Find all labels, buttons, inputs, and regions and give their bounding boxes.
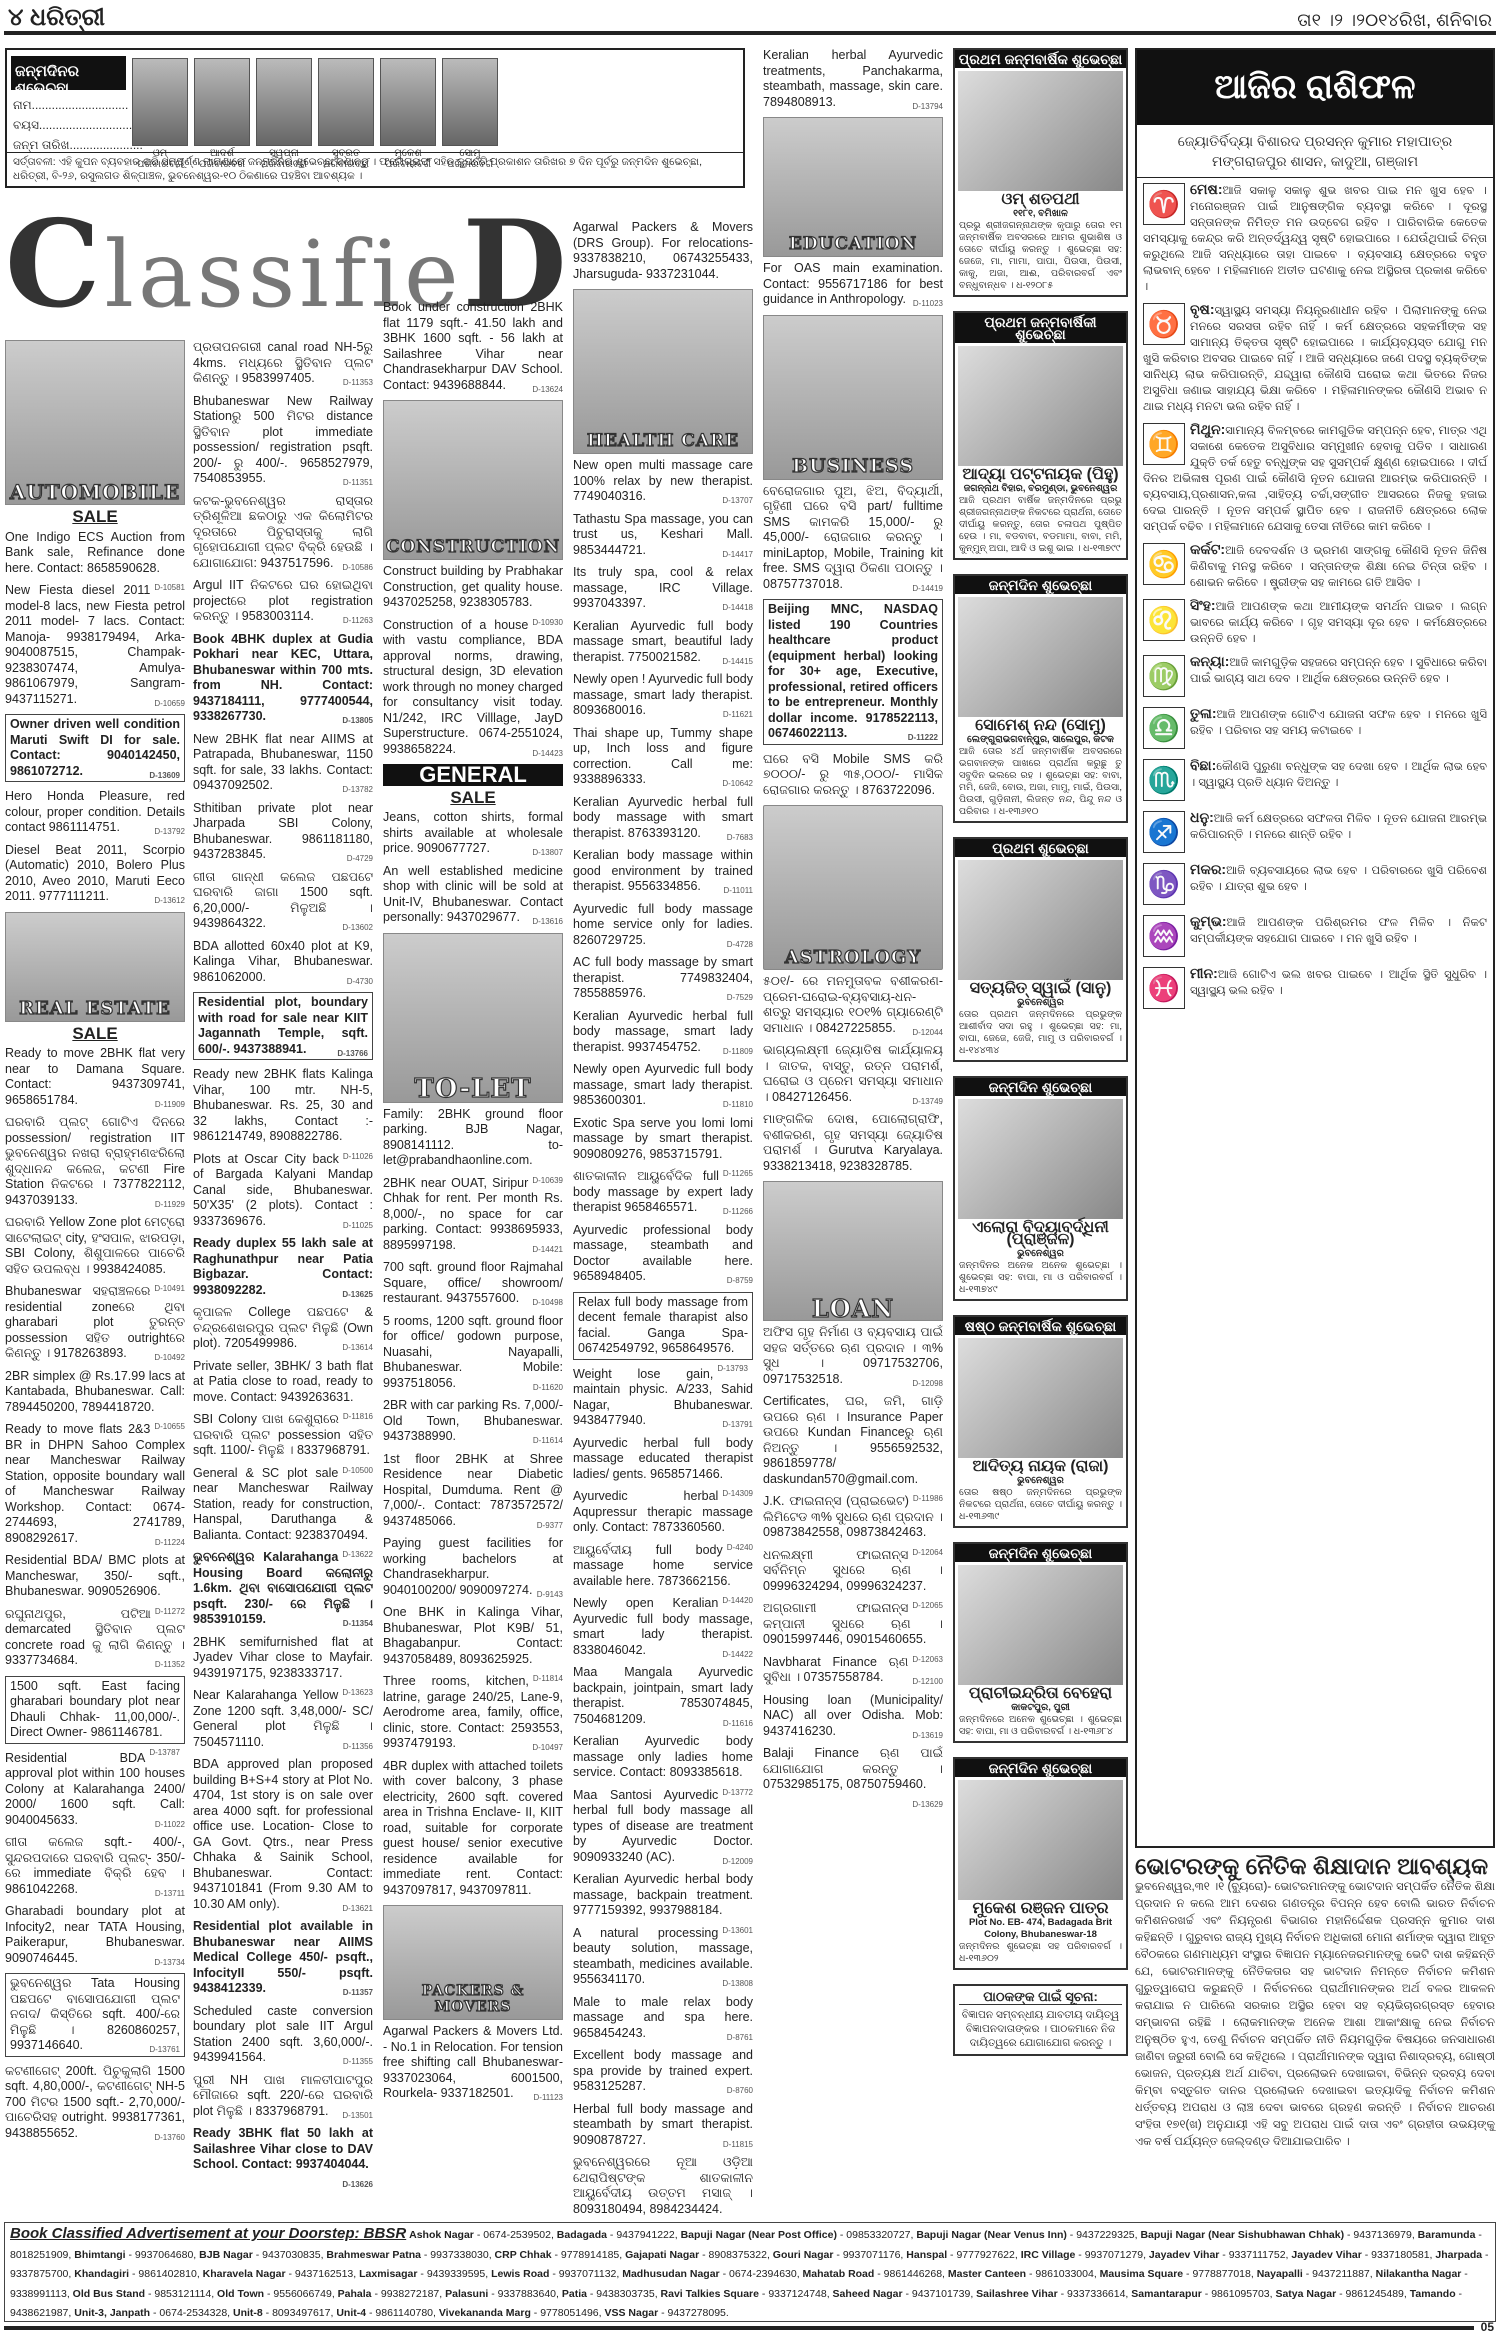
ad-text: ମାଙ୍ଗଳିକ ଦୋଷ, ପୋଲୋଗ୍ରାଫି, ବଶୀକରଣ, ଗୃହ ସମ… — [763, 1112, 943, 1173]
footer-contact: Laxmisagar - 9439339595, — [356, 2268, 488, 2280]
classified-ad: Scheduled caste conversion boundary plot… — [193, 2004, 373, 2066]
ad-text: Ready to move flats 2&3 BR in DHPN Sahoo… — [5, 1422, 185, 1545]
classified-ad: New open multi massage care 100% relax b… — [573, 458, 753, 505]
classified-ad: 1st floor 2BHK at Shree Residence near D… — [383, 1452, 563, 1530]
classified-ad: ୫୦୧/- ରେ ମନମୁତାବକ ବଶୀକରଣ-ପ୍ରେମ-ଘରୋଇ-ବ୍ୟବ… — [763, 974, 943, 1036]
classified-ad: Ready 3BHK flat 50 lakh at Sailashree Vi… — [193, 2126, 373, 2173]
footer-contact: Lewis Road - 9937071132, — [488, 2268, 619, 2280]
classified-ad: Keralian herbal Ayurvedic treatments, Pa… — [763, 48, 943, 110]
ad-code: D-10498 — [532, 1295, 563, 1311]
ad-code: D-14415 — [722, 654, 753, 670]
classified-ad: Keralian Ayurvedic full body massage sma… — [573, 619, 753, 666]
ad-code: D-13805 — [342, 713, 373, 729]
birthday-wish-ad: ଜନ୍ମଦିନ ଶୁଭେଚ୍ଛାସୋମେଶ୍ ନନ୍ଦ (ସୋମୁ)ଲେଙ୍ଗୁ… — [953, 574, 1128, 823]
ad-code: D-12064 — [912, 1545, 943, 1561]
ad-text: Family: 2BHK ground floor parking. BJB N… — [383, 1107, 563, 1168]
classified-ad: କୃପାଜଳ College ପଛପଟେ & ଚନ୍ଦ୍ରଶେଖରପୁର ପ୍ଲ… — [193, 1305, 373, 1352]
ad-text: Construction of a house with vastu compl… — [383, 618, 563, 756]
classified-ad: ଘରେ ବସି Mobile SMS କରି ୭୦୦୦/- ରୁ ୩୫,୦୦୦/… — [763, 752, 943, 799]
ad-code: D-11355 — [343, 2054, 373, 2070]
classified-ad: Residential plot, boundary with road for… — [193, 992, 373, 1060]
zodiac-icon: ♍ — [1143, 655, 1185, 697]
classified-ad: Ayurvedic full body massage home service… — [573, 902, 753, 949]
ad-code: D-14422 — [722, 1647, 753, 1663]
footer-contact: Gajapati Nagar - 8908375322, — [622, 2249, 770, 2261]
classified-ad: Keralian body massage within good enviro… — [573, 848, 753, 895]
ad-code: D-12009 — [722, 1854, 753, 1870]
classified-ad: Its truly spa, cool & relax massage, IRC… — [573, 565, 753, 612]
zodiac-icon: ♑ — [1143, 863, 1185, 905]
wish-name: ଆଦ୍ୟା ପଟ୍ଟନାୟକ (ପିହୁ) — [955, 469, 1126, 481]
ad-text: 4BR duplex with attached toilets with co… — [383, 1759, 563, 1897]
classified-ad: Paying guest facilities for working bach… — [383, 1536, 563, 1598]
ad-code: D-11986 — [913, 1491, 943, 1507]
classified-ad: New Fiesta diesel 2011 model-8 lacs, new… — [5, 583, 185, 707]
footer-contact: CRP Chhak - 9778914185, — [492, 2249, 623, 2261]
wish-heading: ପ୍ରଥମ ଜନ୍ମବାର୍ଷିକ ଶୁଭେଚ୍ଛା — [955, 50, 1126, 68]
ad-code: D-10500 — [342, 1463, 373, 1479]
coupon-age-field[interactable]: ବୟସ............................ — [13, 118, 132, 133]
sale-heading: SALE — [383, 790, 563, 806]
zodiac-name: ସିଂହ: — [1190, 597, 1216, 613]
wish-name: ଓମ୍ ଶତପଥୀ — [955, 194, 1126, 206]
footer-contact: Gouri Nagar - 9937071176, — [770, 2249, 903, 2261]
ad-code: D-11620 — [533, 1380, 563, 1396]
wish-message: ଜନ୍ମଦିନରେ ଅନେକ ଶୁଭେଚ୍ଛା । ଶୁଭେଚ୍ଛା ସହ: ବ… — [955, 1714, 1126, 1738]
ad-code: D-13614 — [342, 1340, 373, 1356]
birthday-coupon: ଜନ୍ମଦିନର ଶୁଭେଚ୍ଛା ନାମ...................… — [5, 48, 745, 188]
ad-code: D-13734 — [154, 1955, 185, 1971]
zodiac-text: ଆଜି କାମଗୁଡ଼ିକ ସହଜରେ ସମ୍ପନ୍ନ ହେବ । ସୁବିଧା… — [1190, 657, 1487, 685]
wish-address: ଜଗନ୍ନାଥ ବିହାର, ବରମୁଣ୍ଡା, ଭୁବନେଶ୍ୱର — [955, 483, 1126, 495]
ad-code: D-13629 — [912, 1797, 943, 1813]
coupon-title: ଜନ୍ମଦିନର ଶୁଭେଚ୍ଛା — [11, 56, 126, 90]
ad-text: 1500 sqft. East facing gharabari boundar… — [10, 1679, 180, 1740]
classified-ad: Exotic Spa serve you lomi lomi massage b… — [573, 1116, 753, 1163]
child-photo — [318, 58, 374, 146]
footer-contact: Jayadev Vihar - 9337180581, — [1288, 2249, 1432, 2261]
classified-ad: Construction of a house with vastu compl… — [383, 618, 563, 758]
classified-ad: Herbal full body massage and steambath b… — [573, 2102, 753, 2149]
ad-code: D-14417 — [722, 547, 753, 563]
wish-message: ଜନ୍ମଦିନର ଅନେକ ଅନେକ ଶୁଭେଚ୍ଛା । ଶୁଭେଚ୍ଛା ସ… — [955, 1260, 1126, 1296]
ad-code: D-14421 — [532, 1242, 563, 1258]
zodiac-entry: ♊ମିଥୁନ:ସାମାନ୍ୟ ବିଳମ୍ବରେ କାମଗୁଡିକ ସମ୍ପନ୍ନ… — [1137, 418, 1493, 538]
child-photo — [256, 58, 312, 146]
wish-name: ଆଦିତ୍ୟ ନାୟକ (ରାଜା) — [955, 1461, 1126, 1473]
ad-code: D-13793 — [717, 1361, 748, 1377]
zodiac-entry: ♍କନ୍ୟା:ଆଜି କାମଗୁଡ଼ିକ ସହଜରେ ସମ୍ପନ୍ନ ହେବ ।… — [1137, 650, 1493, 702]
wish-heading: ଷଷ୍ଠ ଜନ୍ମବାର୍ଷିକ ଶୁଭେଚ୍ଛା — [955, 1317, 1126, 1335]
astrology-banner: ASTROLOGY — [763, 805, 943, 970]
footer-contact: Madhusudan Nagar - 0674-2394630, — [619, 2268, 799, 2280]
footer-contact: Master Canteen - 9861033004, — [945, 2268, 1097, 2280]
ad-code: D-13761 — [149, 2042, 180, 2058]
ad-code: D-11354 — [343, 1616, 373, 1632]
classified-ad: Bhubaneswar New Railway Stationରୁ 500 ମି… — [193, 394, 373, 487]
ad-text: Balaji Finance ଋଣ ପାଇଁ ଯୋଗାଯୋଗ କରନ୍ତୁ । … — [763, 1746, 943, 1791]
zodiac-name: ମକର: — [1190, 861, 1226, 877]
footer-contact: Nayapalli - 9437211887, — [1254, 2268, 1373, 2280]
ad-code: D-12063 — [912, 1652, 943, 1668]
classified-ad: Family: 2BHK ground floor parking. BJB N… — [383, 1107, 563, 1169]
ad-text: ଘରେ ବସି Mobile SMS କରି ୭୦୦୦/- ରୁ ୩୫,୦୦୦/… — [763, 752, 943, 797]
reader-notice: ପାଠକଙ୍କ ପାଇଁ ସୂଚନା: ବିଜ୍ଞାପନ ସମ୍ବନ୍ଧୀୟ ଯ… — [953, 1984, 1128, 2056]
classified-ad: 1500 sqft. East facing gharabari boundar… — [5, 1676, 185, 1744]
coupon-terms: ସର୍ତ୍ତାବଳୀ: ଏହି କୁପନ ବ୍ୟବହାର କରି ସମ୍ପୂର୍… — [7, 152, 743, 186]
ad-code: D-11022 — [155, 1817, 185, 1833]
classified-ad: କଟକ-ଭୁବନେଶ୍ୱର ରାସ୍ତାର ତ୍ରିଶୂଳିଆ ଛକଠାରୁ ଏ… — [193, 494, 373, 572]
footer-contact: Bhimtangi - 9937064680, — [71, 2249, 196, 2261]
classified-ad: Newly open Ayurvedic full body massage, … — [573, 1062, 753, 1109]
footer-contact: Saheed Nagar - 9437101739, — [830, 2288, 974, 2300]
wish-photo — [958, 1338, 1123, 1458]
ad-code: D-11810 — [723, 1097, 753, 1113]
horoscope-panel: ଆଜିର ରାଶିଫଳ ଜ୍ୟୋତିର୍ବିଦ୍ୟା ବିଶାରଦ ପ୍ରସନ୍… — [1135, 48, 1495, 1848]
zodiac-entry: ♎ତୁଳା:ଆଜି ଆପଣଙ୍କ ଗୋଟିଏ ଯୋଜନା ସଫଳ ହେବ । ମ… — [1137, 702, 1493, 754]
booking-footer: Book Classified Advertisement at your Do… — [4, 2222, 1496, 2322]
ad-code: D-13772 — [722, 1785, 753, 1801]
wish-photo — [958, 346, 1123, 466]
zodiac-entry: ♒କୁମ୍ଭ:ଆଜି ଆପଣଙ୍କ ପରିଶ୍ରମର ଫଳ ମିଳିବ । ନି… — [1137, 910, 1493, 962]
classified-ad: ଘରବାରି ପ୍ଲଟ୍ ଗୋଟିଏ ଦିନରେ possession/ reg… — [5, 1115, 185, 1208]
classified-ad: Ayurvedic professional body massage, ste… — [573, 1223, 753, 1285]
ad-code: D-7683 — [727, 830, 753, 846]
ad-text: Residential BDA approval plot within 100… — [5, 1751, 185, 1827]
ad-code: D-13621 — [342, 1901, 373, 1917]
ad-code: D-8759 — [727, 1273, 753, 1289]
ad-code: D-11816 — [343, 1409, 373, 1425]
classified-ad: 4BR duplex with attached toilets with co… — [383, 1759, 563, 1899]
ad-code: D-14420 — [722, 1593, 753, 1609]
ad-text: 2BR simplex @ Rs.17.99 lacs at Kantabada… — [5, 1369, 185, 1414]
wish-name: ଏଲୋରା ବିଦ୍ୟାବର୍ଦ୍ଧିନୀ (ପ୍ରାଞ୍ଜଳ) — [955, 1222, 1126, 1246]
ad-text: Beijing MNC, NASDAQ listed 190 Countries… — [768, 602, 938, 740]
ad-code: D-11025 — [343, 1218, 373, 1234]
ad-text: 5 rooms, 1200 sqft. ground floor for off… — [383, 1314, 563, 1390]
classified-ad: ଭୁବନେଶ୍ୱରରେ ନୂଆ ଓଡ଼ିଆ ଥେରାପିଷ୍ଟଙ୍କ ଶାତକା… — [573, 2155, 753, 2215]
classified-ad: Ayurvedic herbal full body massage educa… — [573, 1436, 753, 1483]
ad-code: D-11814 — [533, 1671, 563, 1687]
classified-ad: New 2BHK flat near AIIMS at Patrapada, B… — [193, 732, 373, 794]
ad-code: D-11011 — [724, 883, 754, 899]
zodiac-icon: ♈ — [1143, 183, 1185, 225]
wish-photo — [958, 597, 1123, 717]
ad-code: D-13626 — [342, 2177, 373, 2193]
zodiac-entry: ♈ମେଷ:ଆଜି ସକାଳୁ ସକାଳୁ ଶୁଭ ଖବର ପାଇ ମନ ଖୁସ … — [1137, 178, 1493, 298]
classified-ad: Tathastu Spa massage, you can trust us, … — [573, 512, 753, 559]
wish-photo — [958, 1565, 1123, 1685]
classified-ad: ଭାଗ୍ୟଲକ୍ଷ୍ମୀ ଜ୍ୟୋତିଷ କାର୍ଯ୍ୟାଳୟ । ଜାତକ, … — [763, 1043, 943, 1105]
zodiac-icon: ♓ — [1143, 967, 1185, 1009]
classified-ad: Private seller, 3BHK/ 3 bath flat at Pat… — [193, 1359, 373, 1406]
child-photo — [380, 58, 436, 146]
ad-text: One Indigo ECS Auction from Bank sale, R… — [5, 530, 185, 575]
classified-ad: ଘରବାରି Yellow Zone plot ମେଟ୍ରୋ ସାଟେଲାଇଟ୍… — [5, 1215, 185, 1277]
zodiac-name: ମୀନ: — [1190, 965, 1218, 981]
zodiac-text: ଆଜି ସକାଳୁ ସକାଳୁ ଶୁଭ ଖବର ପାଇ ମନ ଖୁସ ହେବ ।… — [1143, 185, 1487, 293]
wish-photo — [958, 860, 1123, 980]
footer-contact: Ravi Talkies Square - 9337124748, — [658, 2288, 830, 2300]
classified-ad: Book 4BHK duplex at Gudia Pokhari near K… — [193, 632, 373, 725]
ad-code: D-8760 — [727, 2083, 753, 2099]
footer-contact: Palasuni - 9337883640, — [442, 2288, 559, 2300]
zodiac-entry: ♐ଧନୁ:ଆଜି କର୍ମ କ୍ଷେତ୍ରରେ ସଫଳତା ମିଳିବ । ନୂ… — [1137, 806, 1493, 858]
ad-code: D-4728 — [727, 937, 753, 953]
general-heading: GENERAL — [383, 764, 563, 786]
zodiac-icon: ♐ — [1143, 811, 1185, 853]
wish-name: ସୋମେଶ୍ ନନ୍ଦ (ସୋମୁ) — [955, 720, 1126, 732]
footer-contact: Bapuji Nagar (Near Post Office) - 098533… — [678, 2229, 914, 2241]
classified-ad: Agarwal Packers & Movers (DRS Group). Fo… — [573, 220, 753, 282]
footer-contact: Mahatab Road - 9861446268, — [800, 2268, 945, 2280]
ad-code: D-4240 — [727, 1540, 753, 1556]
wish-photo — [958, 71, 1123, 191]
ad-text: ଘରବାରି ପ୍ଲଟ୍ ଗୋଟିଏ ଦିନରେ possession/ reg… — [5, 1115, 185, 1207]
wish-name: ମୁକେଶ ରଞ୍ଜନ ପାତ୍ର — [955, 1903, 1126, 1915]
construction-banner: CONSTRUCTION — [383, 400, 563, 560]
classified-ad: For OAS main examination. Contact: 95567… — [763, 261, 943, 308]
footer-contact: Samantarapur - 9861095703, — [1128, 2288, 1272, 2300]
header-rule — [4, 31, 1496, 35]
ad-code: D-13807 — [532, 845, 563, 861]
real-estate-banner: REAL ESTATE — [5, 912, 185, 1022]
ad-text: Exotic Spa serve you lomi lomi massage b… — [573, 1116, 753, 1161]
column-automobile-realestate: AUTOMOBILE SALE One Indigo ECS Auction f… — [5, 340, 185, 2215]
ad-text: Certificates, ଘର, ଜମି, ଗାଡ଼ି ଉପରେ ଋଣ । I… — [763, 1394, 943, 1486]
classified-ad: Newly open ! Ayurvedic full body massage… — [573, 672, 753, 719]
ad-code: D-10497 — [532, 1740, 563, 1756]
ad-code: D-10930 — [532, 615, 563, 631]
classified-ad: Keralian Ayurvedic body massage only lad… — [573, 1734, 753, 1781]
wish-message: ଜନ୍ମଦିନର ଶୁଭେଚ୍ଛା ସହ ପରିବାରବର୍ଗ । ଧ-୧୩୬୦… — [955, 1941, 1126, 1965]
ad-code: D-12044 — [912, 1025, 943, 1041]
wish-address: କାକଟପୁର, ପୁରୀ — [955, 1702, 1126, 1714]
ad-text: Agarwal Packers & Movers (DRS Group). Fo… — [573, 220, 753, 281]
zodiac-name: ଧନୁ: — [1190, 809, 1214, 825]
classified-ad: ପୁରୀ NH ପାଖ ମାଳତୀପାଟପୁର ମୌଜାରେ sqft. 220… — [193, 2073, 373, 2120]
child-photo — [194, 58, 250, 146]
ad-text: One BHK in Kalinga Vihar, Bhubaneswar, P… — [383, 1605, 563, 1666]
news-body: ଭୁବନେଶ୍ୱର,୩୧ ।୧ (ବ୍ୟୁରୋ)- ଭୋଟରମାନଙ୍କୁ ଭୋ… — [1135, 1879, 1495, 2151]
classified-ad: One Indigo ECS Auction from Bank sale, R… — [5, 530, 185, 577]
classified-ad: BDA allotted 60x40 plot at K9, Kalinga V… — [193, 939, 373, 986]
ad-code: D-13623 — [342, 1685, 373, 1701]
sale-heading: SALE — [5, 509, 185, 525]
ad-code: D-11266 — [723, 1204, 753, 1220]
ad-code: D-12098 — [912, 1376, 943, 1392]
wish-address: ଭୁବନେଶ୍ୱର — [955, 1475, 1126, 1487]
classified-ad: Male to male relax body massage and spa … — [573, 1995, 753, 2042]
classified-ad: 2BHK semifurnished flat at Jyadev Vihar … — [193, 1635, 373, 1682]
ad-code: D-14418 — [722, 600, 753, 616]
ad-code: D-11815 — [723, 2137, 753, 2153]
zodiac-name: କର୍କଟ: — [1190, 541, 1225, 557]
zodiac-name: କନ୍ୟା: — [1190, 653, 1229, 669]
classified-ad: Owner driven well condition Maruti Swift… — [5, 714, 185, 782]
footer-contact: Old Town - 9556066749, — [214, 2288, 335, 2300]
footer-contact: Bapuji Nagar (Near Venus Inn) - 94372293… — [913, 2229, 1137, 2241]
zodiac-icon: ♒ — [1143, 915, 1185, 957]
automobile-banner: AUTOMOBILE — [5, 340, 185, 505]
ad-code: D-12065 — [912, 1598, 943, 1614]
ad-code: D-11351 — [343, 475, 373, 491]
ad-code: D-11224 — [155, 1535, 185, 1551]
footer-contact: Sailashree Vihar - 9337336614, — [973, 2288, 1128, 2300]
wish-heading: ଜନ୍ମଦିନ ଶୁଭେଚ୍ଛା — [955, 1078, 1126, 1096]
footer-contact: Vivekananda Marg - 9778051496, — [436, 2307, 602, 2319]
footer-contact: VSS Nagar - 9437278095. — [602, 2307, 729, 2319]
zodiac-entry: ♌ସିଂହ:ଆଜି ଆପଣଙ୍କ କଥା ଆମୀୟଙ୍କ ସମର୍ଥନ ପାଇବ… — [1137, 594, 1493, 650]
wish-address: ଭୁବନେଶ୍ୱର — [955, 997, 1126, 1009]
footer-contact: Satya Nagar - 9861245489, — [1273, 2288, 1407, 2300]
classified-ad: BDA approved plan proposed building B+S+… — [193, 1757, 373, 1912]
wish-message: ତୋର ପ୍ରଥମ ଜନ୍ମଦିନରେ ପ୍ରଭୁଙ୍କ ଆଶୀର୍ବାଦ ସଦ… — [955, 1009, 1126, 1057]
ad-text: Private seller, 3BHK/ 3 bath flat at Pat… — [193, 1359, 373, 1404]
classified-ad: ଅଫିସ ଗୃହ ନିର୍ମାଣ ଓ ବ୍ୟବସାୟ ପାଇଁ ସହଜ ସର୍ତ… — [763, 1325, 943, 1387]
zodiac-text: ସ୍ୱାସ୍ଥ୍ୟ ସମସ୍ୟା ନିୟନ୍ତ୍ରଣାଧୀନ ରହିବ । ପି… — [1143, 305, 1487, 413]
ad-text: Navbharat Finance ଋଣ ସୁବିଧା । 0735755878… — [763, 1655, 908, 1685]
ad-code: D-13609 — [149, 768, 180, 784]
zodiac-text: ଆଜି ଆପଣଙ୍କ ପରିଶ୍ରମର ଫଳ ମିଳିବ । ନିକଟ ସମ୍ପ… — [1190, 917, 1487, 945]
classified-ad: Maa Mangala Ayurvedic backpain, jointpai… — [573, 1665, 753, 1727]
ad-code: D-13622 — [342, 1547, 373, 1563]
classified-ad: Ready to move 2BHK flat very near to Dam… — [5, 1046, 185, 1108]
zodiac-text: ଆଜି ଆପଣଙ୍କ କଥା ଆମୀୟଙ୍କ ସମର୍ଥନ ପାଇବ । ଲଗ୍… — [1190, 601, 1487, 645]
business-banner: BUSINESS — [763, 315, 943, 480]
classified-ad: Residential BDA approval plot within 100… — [5, 1751, 185, 1829]
ad-code: D-11023 — [913, 296, 943, 312]
zodiac-text: ଆଜି ଦେବଦର୍ଶନ ଓ ଭ୍ରମଣ ସାଙ୍ଗକୁ କୌଣସି ନୂତନ … — [1190, 545, 1487, 589]
wish-address: ଭୁବନେଶ୍ୱର — [955, 1248, 1126, 1260]
ad-code: D-13624 — [532, 382, 563, 398]
ad-text: Ready new 2BHK flats Kalinga Vihar, 100 … — [193, 1067, 373, 1143]
wish-address: Plot No. EB- 474, Badagada Brit Colony, … — [955, 1917, 1126, 1941]
news-article: ଭୋଟରଙ୍କୁ ନୈତିକ ଶିକ୍ଷାଦାନ ଆବଶ୍ୟକ ଭୁବନେଶ୍ୱ… — [1135, 1858, 1495, 2218]
ad-code: D-13501 — [342, 2108, 373, 2124]
health-care-banner: HEALTH CARE — [573, 289, 753, 454]
birthday-wish-ad: ପ୍ରଥମ ଜନ୍ମବାର୍ଷିକ ଶୁଭେଚ୍ଛାଓମ୍ ଶତପଥୀ୧୧୮୧,… — [953, 48, 1128, 297]
ad-text: Book 4BHK duplex at Gudia Pokhari near K… — [193, 632, 373, 724]
zodiac-entry: ♏ବିଛା:କୌଣସି ପୁରୁଣା ବନ୍ଧୁଙ୍କ ସହ ଦେଖା ହେବ … — [1137, 754, 1493, 806]
birthday-wish-ad: ଜନ୍ମଦିନ ଶୁଭେଚ୍ଛାଏଲୋରା ବିଦ୍ୟାବର୍ଦ୍ଧିନୀ (ପ… — [953, 1076, 1128, 1301]
classified-ad: Keralian Ayurvedic herbal full body mass… — [573, 1009, 753, 1056]
ad-text: Keralian Ayurvedic herbal body massage, … — [573, 1872, 753, 1917]
ad-code: D-11263 — [343, 613, 373, 629]
ad-text: Ayurvedic herbal full body massage educa… — [573, 1436, 753, 1481]
coupon-name-field[interactable]: ନାମ............................. — [13, 98, 128, 113]
ad-text: Construct building by Prabhakar Construc… — [383, 564, 563, 609]
page-date: ତା୧ ।୨ ।୨୦୧୪ରିଖ, ଶନିବାର — [1297, 10, 1492, 31]
zodiac-name: ମେଷ: — [1190, 181, 1222, 197]
classified-ad: 2BR simplex @ Rs.17.99 lacs at Kantabada… — [5, 1369, 185, 1416]
ad-code: D-7529 — [727, 990, 753, 1006]
ad-text: Bhubaneswar New Railway Stationରୁ 500 ମି… — [193, 394, 373, 486]
footer-contact: Unit-4 - 9861140780, — [333, 2307, 436, 2319]
coupon-dob-field[interactable]: ଜନ୍ମ ତାରିଖ...................... — [13, 138, 143, 153]
footer-contact: Badagada - 9437941222, — [554, 2229, 678, 2241]
column-health-care: Agarwal Packers & Movers (DRS Group). Fo… — [573, 220, 753, 2215]
column-education-business-astrology-loan: Keralian herbal Ayurvedic treatments, Pa… — [763, 48, 943, 2215]
classified-ad: Jeans, cotton shirts, formal shirts avai… — [383, 810, 563, 857]
zodiac-icon: ♏ — [1143, 759, 1185, 801]
ad-code: D-14423 — [532, 746, 563, 762]
wish-photo — [958, 1780, 1123, 1900]
column-construction-tolet: Book under construction 2BHK flat 1179 s… — [383, 300, 563, 2215]
child-photo — [442, 58, 498, 146]
ad-code: D-13782 — [342, 782, 373, 798]
footer-rule — [4, 2326, 1474, 2330]
classified-ad: Gharabadi boundary plot at Infocity2, ne… — [5, 1904, 185, 1966]
wish-heading: ଜନ୍ମଦିନ ଶୁଭେଚ୍ଛା — [955, 576, 1126, 594]
classified-ad: ଗୀତା କଲେଜ sqft.- 400/-, ସୁନ୍ଦରପଦାରେ ଘରବା… — [5, 1835, 185, 1897]
to-let-banner: TO-LET — [383, 933, 563, 1103]
classified-ad: Certificates, ଘର, ଜମି, ଗାଡ଼ି ଉପରେ ଋଣ । I… — [763, 1394, 943, 1487]
ad-code: D-13791 — [722, 1417, 753, 1433]
footer-contact: Ashok Nagar - 0674-2539502, — [409, 2229, 554, 2241]
ad-text: Book under construction 2BHK flat 1179 s… — [383, 300, 563, 392]
ad-code: D-11356 — [343, 1739, 373, 1755]
classified-ad: Excellent body massage and spa provide b… — [573, 2048, 753, 2095]
wish-address: ଲେଙ୍ଗୁରାଭଗବାନ୍‌ପୁର, ସାଲେପୁର, କଟକ — [955, 734, 1126, 746]
ad-code: D-11616 — [723, 1716, 753, 1732]
birthday-wish-ad: ଜନ୍ମଦିନ ଶୁଭେଚ୍ଛାମୁକେଶ ରଞ୍ଜନ ପାତ୍ରPlot No… — [953, 1757, 1128, 1970]
footer-contact: IRC Village - 9937071279, — [1018, 2249, 1146, 2261]
ad-text: Residential BDA/ BMC plots at Mancheswar… — [5, 1553, 185, 1598]
classified-ad: Housing loan (Municipality/ NAC) all ove… — [763, 1693, 943, 1740]
child-photo — [132, 58, 188, 146]
ad-code: D-11353 — [343, 375, 373, 391]
classified-ad: Thai shape up, Tummy shape up, Inch loss… — [573, 726, 753, 788]
horoscope-author: ଜ୍ୟୋତିର୍ବିଦ୍ୟା ବିଶାରଦ ପ୍ରସନ୍ନ କୁମାର ମହାପ… — [1137, 125, 1493, 178]
zodiac-icon: ♎ — [1143, 707, 1185, 749]
ad-code: D-11614 — [533, 1433, 563, 1449]
classified-ad: Ready to move flats 2&3 BR in DHPN Sahoo… — [5, 1422, 185, 1546]
classified-ad: ପ୍ରତାପନଗରୀ canal road NH-5ରୁ 4kms. ମଧ୍ୟର… — [193, 340, 373, 387]
ad-code: D-4729 — [347, 851, 373, 867]
classified-ad: Diesel Beat 2011, Scorpio (Automatic) 20… — [5, 843, 185, 905]
ad-code: D-10581 — [154, 580, 185, 596]
ad-code: D-11809 — [723, 1044, 753, 1060]
classified-ad: Ready duplex 55 lakh sale at Raghunathpu… — [193, 1236, 373, 1298]
footer-contact: Unit-8 - 8093497617, — [230, 2307, 333, 2319]
wish-heading: ପ୍ରଥମ ଶୁଭେଚ୍ଛା — [955, 839, 1126, 857]
classified-ad: Beijing MNC, NASDAQ listed 190 Countries… — [763, 599, 943, 745]
ad-code: D-11123 — [534, 2090, 564, 2106]
classified-ad: 5 rooms, 1200 sqft. ground floor for off… — [383, 1314, 563, 1392]
classified-ad: ଭୁବନେଶ୍ୱର Tata Housing ପଛପଟେ ବାସୋପଯୋଗୀ ପ… — [5, 1973, 185, 2057]
ad-code: D-10492 — [154, 1350, 185, 1366]
ad-code: D-13787 — [149, 1745, 180, 1761]
wish-heading: ଜନ୍ମଦିନ ଶୁଭେଚ୍ଛା — [955, 1544, 1126, 1562]
ad-text: 1st floor 2BHK at Shree Residence near D… — [383, 1452, 563, 1528]
classified-ad: Construct building by Prabhakar Construc… — [383, 564, 563, 611]
column-realestate-2: ପ୍ରତାପନଗରୀ canal road NH-5ରୁ 4kms. ମଧ୍ୟର… — [193, 340, 373, 2215]
ad-text: Agarwal Packers & Movers Ltd. - No.1 in … — [383, 2024, 563, 2100]
classified-ad: One BHK in Kalinga Vihar, Bhubaneswar, P… — [383, 1605, 563, 1667]
ad-code: D-13792 — [154, 824, 185, 840]
ad-code: D-13602 — [342, 920, 373, 936]
classified-ad: Relax full body massage from decent fema… — [573, 1292, 753, 1360]
ad-text: Relax full body massage from decent fema… — [578, 1295, 748, 1356]
wish-name: ପ୍ରାଚୀଇନ୍ଦ୍ରିତା ବେହେରା — [955, 1688, 1126, 1700]
zodiac-text: ସାମାନ୍ୟ ବିଳମ୍ବରେ କାମଗୁଡିକ ସମ୍ପନ୍ନ ହେବ, ମ… — [1143, 425, 1487, 533]
ad-code: D-13616 — [532, 914, 563, 930]
loan-banner: LOAN — [763, 1181, 943, 1321]
classified-ad: କଟଣୀଗେଟ୍ 200ft. ପିଚୁକୁଲାଗି 1500 sqft. 4,… — [5, 2064, 185, 2142]
ad-code: D-11222 — [908, 730, 938, 746]
ad-code: D-11026 — [343, 1149, 373, 1165]
